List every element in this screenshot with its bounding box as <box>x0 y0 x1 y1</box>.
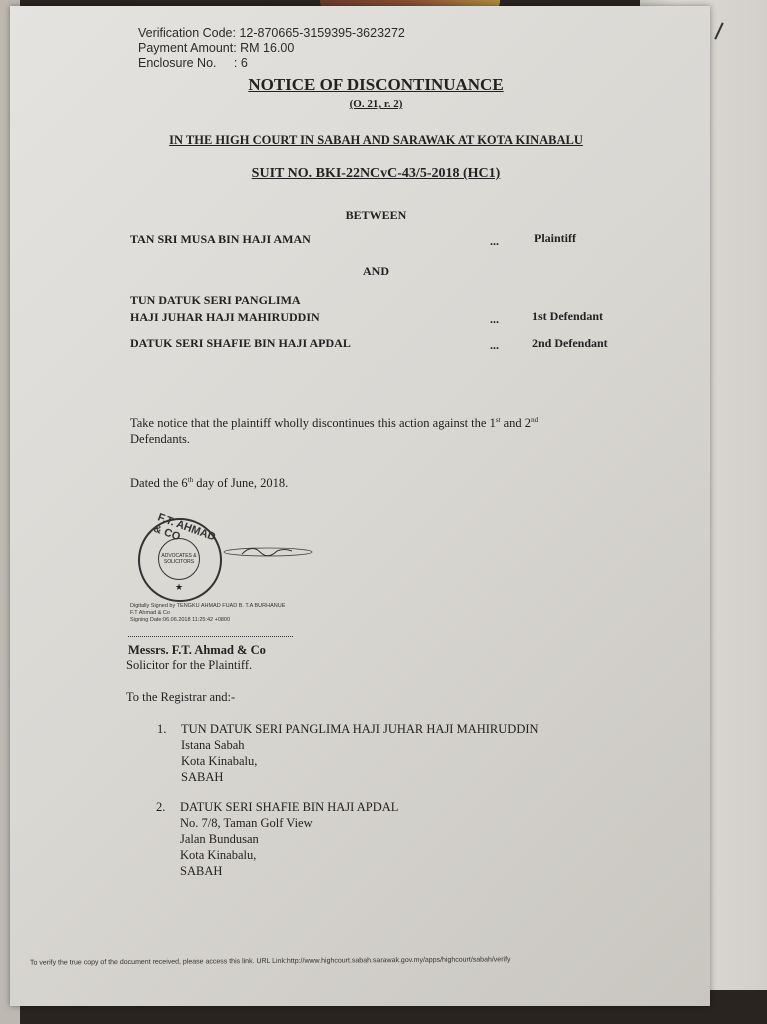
notice-text: Take notice that the plaintiff wholly di… <box>130 416 496 430</box>
enclosure-no: Enclosure No. : 6 <box>138 56 405 71</box>
recipient-number: 1. <box>157 721 166 737</box>
recipient-address: TUN DATUK SERI PANGLIMA HAJI JUHAR HAJI … <box>181 721 539 785</box>
document-page: Verification Code: 12-870665-3159395-362… <box>10 6 710 1006</box>
notice-sup-2: nd <box>531 416 538 424</box>
address-line: SABAH <box>181 769 539 785</box>
recipient-address: DATUK SERI SHAFIE BIN HAJI APDAL No. 7/8… <box>180 799 398 879</box>
digital-signature-line2: F.T Ahmad & Co <box>130 610 285 617</box>
address-line: No. 7/8, Taman Golf View <box>180 815 398 831</box>
recipient-2: 2. DATUK SERI SHAFIE BIN HAJI APDAL No. … <box>156 799 398 879</box>
recipient-number: 2. <box>156 799 165 815</box>
defendant1-role: 1st Defendant <box>532 309 603 324</box>
notice-paragraph: Take notice that the plaintiff wholly di… <box>130 412 610 447</box>
verification-footer: To verify the true copy of the document … <box>30 956 511 966</box>
digital-signature-line3: Signing Date:06.06.2018 11:25:42 +0800 <box>130 617 285 624</box>
suit-number: SUIT NO. BKI-22NCvC-43/5-2018 (HC1) <box>10 166 742 182</box>
rule-reference: (O. 21, r. 2) <box>10 98 742 110</box>
court-name: IN THE HIGH COURT IN SABAH AND SARAWAK A… <box>10 133 742 148</box>
dated-text: Dated the 6 <box>130 476 188 490</box>
signature-line <box>128 636 293 637</box>
notice-text-3: Defendants. <box>130 432 190 446</box>
plaintiff-name: TAN SRI MUSA BIN HAJI AMAN <box>130 232 311 247</box>
defendant1-dots: ... <box>490 312 499 327</box>
digital-signature-line1: Digitally Signed by TENGKU AHMAD FUAD B.… <box>130 603 285 610</box>
defendant2-dots: ... <box>490 338 499 353</box>
digital-signature: Digitally Signed by TENGKU AHMAD FUAD B.… <box>130 603 285 624</box>
recipient-name: DATUK SERI SHAFIE BIN HAJI APDAL <box>180 799 398 815</box>
address-line: Istana Sabah <box>181 737 539 753</box>
dated-text-2: day of June, 2018. <box>193 476 288 490</box>
plaintiff-role: Plaintiff <box>534 231 576 246</box>
address-line: Kota Kinabalu, <box>180 847 398 863</box>
verification-code: Verification Code: 12-870665-3159395-362… <box>138 26 405 41</box>
solicitor-role: Solicitor for the Plaintiff. <box>126 657 252 673</box>
firm-stamp: ADVOCATES & SOLICITORS F.T. AHMAD & CO ★ <box>138 518 222 602</box>
recipient-name: TUN DATUK SERI PANGLIMA HAJI JUHAR HAJI … <box>181 721 539 737</box>
defendant2-role: 2nd Defendant <box>532 336 608 351</box>
between-label: BETWEEN <box>10 208 742 223</box>
header-meta: Verification Code: 12-870665-3159395-362… <box>138 26 405 71</box>
address-line: Kota Kinabalu, <box>181 753 539 769</box>
signature-icon <box>222 542 314 562</box>
address-line: SABAH <box>180 863 398 879</box>
notice-text-2: and 2 <box>501 416 532 430</box>
payment-amount: Payment Amount: RM 16.00 <box>138 41 405 56</box>
defendant1-name-line2: HAJI JUHAR HAJI MAHIRUDDIN <box>130 310 320 325</box>
dated-line: Dated the 6th day of June, 2018. <box>130 472 288 491</box>
address-line: Jalan Bundusan <box>180 831 398 847</box>
star-icon: ★ <box>175 582 183 593</box>
to-registrar: To the Registrar and:- <box>126 689 235 705</box>
document-title: NOTICE OF DISCONTINUANCE <box>10 75 742 95</box>
defendant2-name: DATUK SERI SHAFIE BIN HAJI APDAL <box>130 336 351 351</box>
plaintiff-dots: ... <box>490 234 499 249</box>
recipient-1: 1. TUN DATUK SERI PANGLIMA HAJI JUHAR HA… <box>157 721 539 785</box>
defendant1-name-line1: TUN DATUK SERI PANGLIMA <box>130 293 301 308</box>
and-label: AND <box>10 264 742 279</box>
solicitor-firm: Messrs. F.T. Ahmad & Co <box>128 643 266 658</box>
